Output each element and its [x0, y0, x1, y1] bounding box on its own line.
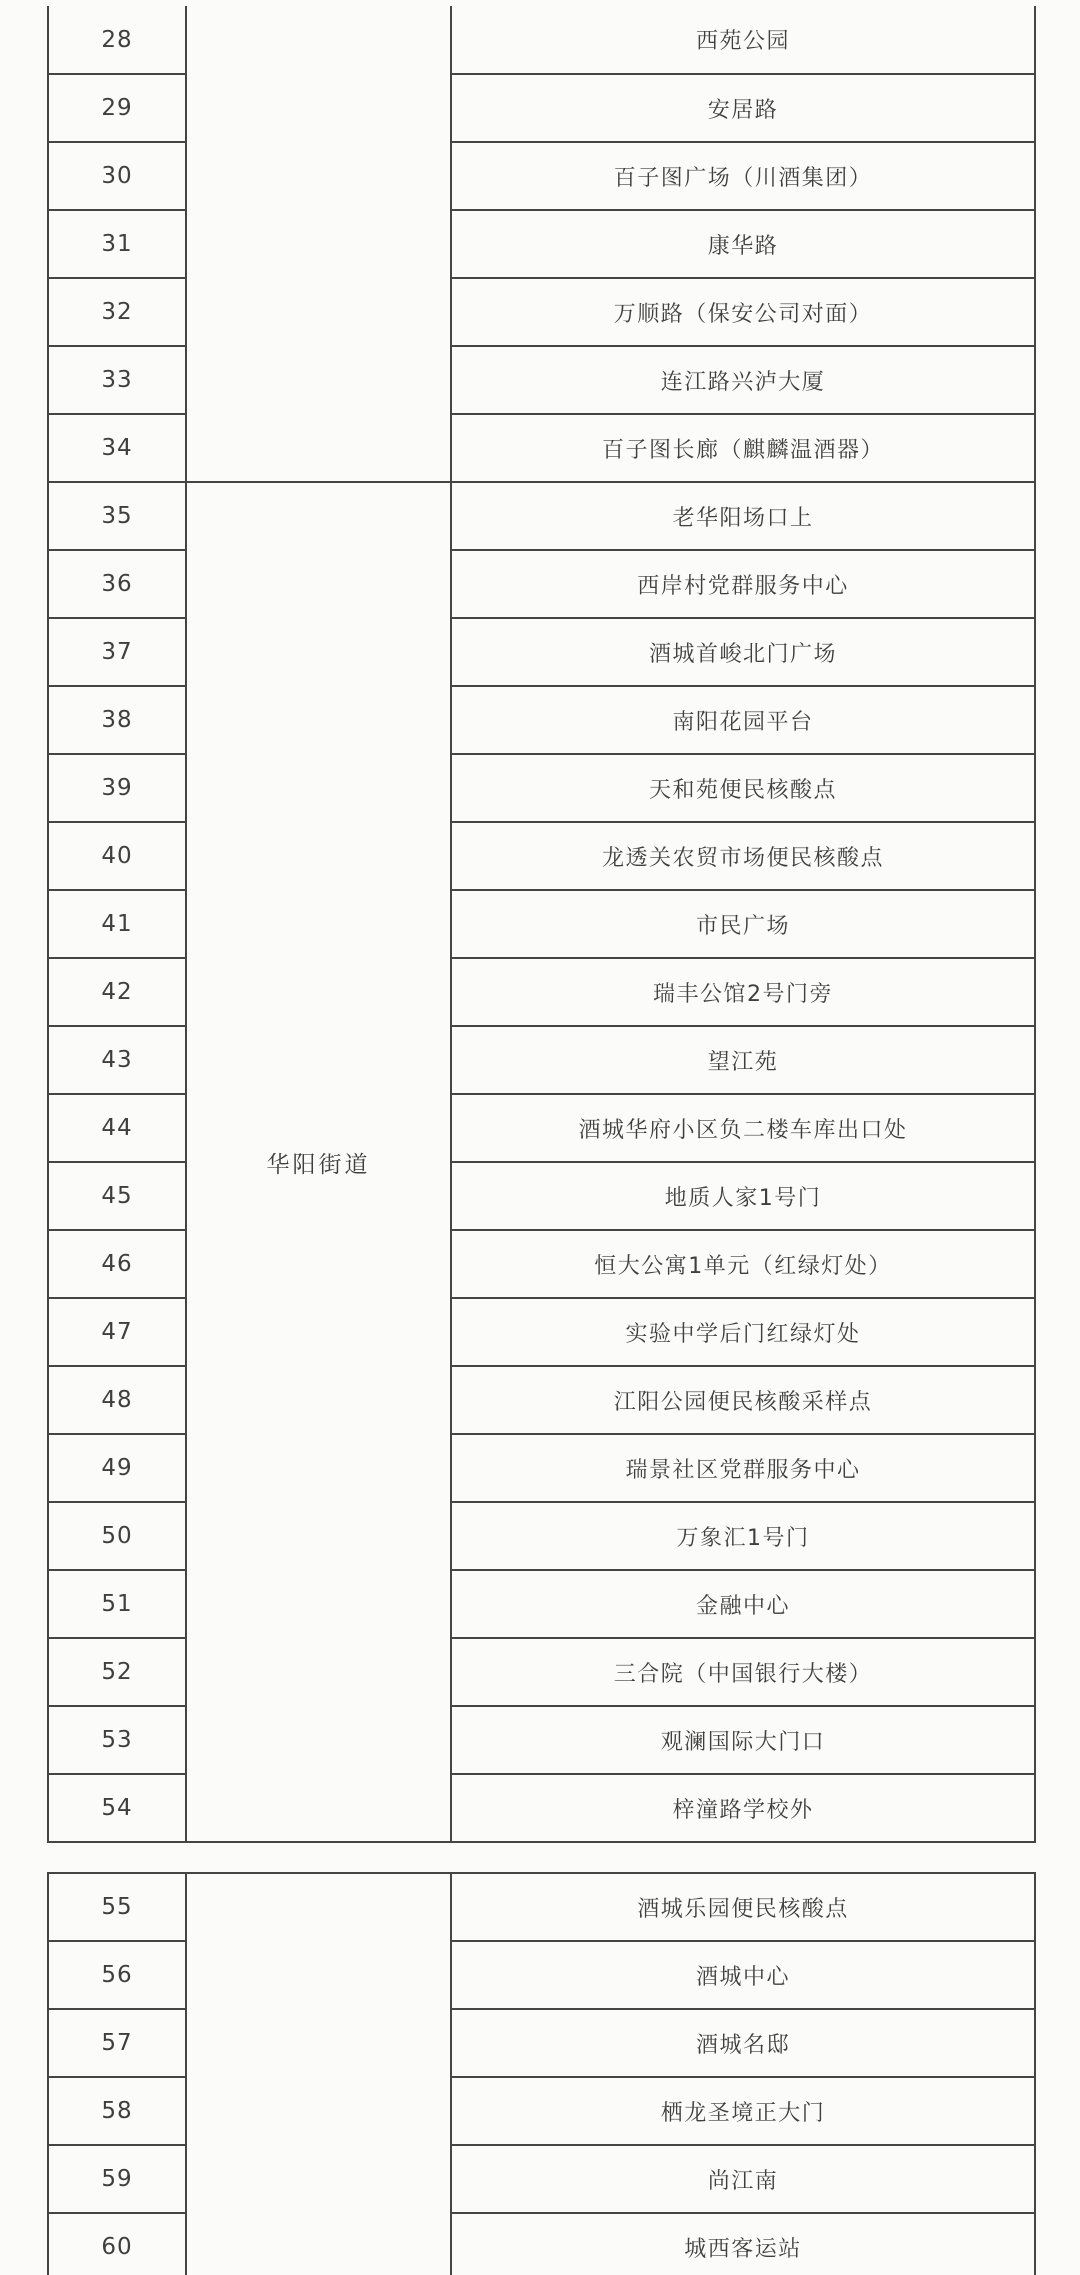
- location-name-cell: 西苑公园: [451, 6, 1035, 74]
- row-number-cell: 30: [48, 142, 186, 210]
- location-name-cell: 康华路: [451, 210, 1035, 278]
- location-name-cell: 龙透关农贸市场便民核酸点: [451, 822, 1035, 890]
- row-number-cell: 60: [48, 2213, 186, 2275]
- row-number-cell: 35: [48, 482, 186, 550]
- row-number-cell: 49: [48, 1434, 186, 1502]
- location-name-cell: 望江苑: [451, 1026, 1035, 1094]
- row-number-cell: 38: [48, 686, 186, 754]
- location-name-cell: 万顺路（保安公司对面）: [451, 278, 1035, 346]
- location-name-cell: 酒城中心: [451, 1941, 1035, 2009]
- location-name-cell: 南阳花园平台: [451, 686, 1035, 754]
- row-number-cell: 42: [48, 958, 186, 1026]
- row-number-cell: 36: [48, 550, 186, 618]
- row-number-cell: 48: [48, 1366, 186, 1434]
- location-name-cell: 百子图广场（川酒集团）: [451, 142, 1035, 210]
- location-name-cell: 百子图长廊（麒麟温酒器）: [451, 414, 1035, 482]
- row-number-cell: 34: [48, 414, 186, 482]
- location-name-cell: 观澜国际大门口: [451, 1706, 1035, 1774]
- row-number-cell: 52: [48, 1638, 186, 1706]
- location-name-cell: 金融中心: [451, 1570, 1035, 1638]
- row-number-cell: 47: [48, 1298, 186, 1366]
- row-number-cell: 45: [48, 1162, 186, 1230]
- row-number-cell: 37: [48, 618, 186, 686]
- sampling-points-table-lower: 55酒城乐园便民核酸点56酒城中心57酒城名邸58栖龙圣境正大门59尚江南60城…: [47, 1872, 1036, 2275]
- row-number-cell: 29: [48, 74, 186, 142]
- row-number-cell: 50: [48, 1502, 186, 1570]
- row-number-cell: 59: [48, 2145, 186, 2213]
- row-number-cell: 55: [48, 1873, 186, 1941]
- row-number-cell: 32: [48, 278, 186, 346]
- location-name-cell: 城西客运站: [451, 2213, 1035, 2275]
- location-name-cell: 天和苑便民核酸点: [451, 754, 1035, 822]
- location-name-cell: 市民广场: [451, 890, 1035, 958]
- location-name-cell: 酒城乐园便民核酸点: [451, 1873, 1035, 1941]
- row-number-cell: 40: [48, 822, 186, 890]
- table-row: 55酒城乐园便民核酸点: [48, 1873, 1035, 1941]
- document-page: { "page": { "background": "#fbfbf9", "bo…: [0, 0, 1080, 2275]
- sampling-points-table-upper: 28西苑公园29安居路30百子图广场（川酒集团）31康华路32万顺路（保安公司对…: [47, 6, 1036, 1843]
- location-name-cell: 地质人家1号门: [451, 1162, 1035, 1230]
- row-number-cell: 39: [48, 754, 186, 822]
- row-number-cell: 44: [48, 1094, 186, 1162]
- row-number-cell: 54: [48, 1774, 186, 1842]
- table-row: 35华阳街道老华阳场口上: [48, 482, 1035, 550]
- row-number-cell: 46: [48, 1230, 186, 1298]
- location-name-cell: 恒大公寓1单元（红绿灯处）: [451, 1230, 1035, 1298]
- street-name-cell: [186, 6, 451, 482]
- location-name-cell: 万象汇1号门: [451, 1502, 1035, 1570]
- location-name-cell: 三合院（中国银行大楼）: [451, 1638, 1035, 1706]
- location-name-cell: 江阳公园便民核酸采样点: [451, 1366, 1035, 1434]
- location-name-cell: 尚江南: [451, 2145, 1035, 2213]
- row-number-cell: 43: [48, 1026, 186, 1094]
- row-number-cell: 58: [48, 2077, 186, 2145]
- location-name-cell: 酒城华府小区负二楼车库出口处: [451, 1094, 1035, 1162]
- row-number-cell: 41: [48, 890, 186, 958]
- location-name-cell: 老华阳场口上: [451, 482, 1035, 550]
- location-name-cell: 酒城首峻北门广场: [451, 618, 1035, 686]
- row-number-cell: 53: [48, 1706, 186, 1774]
- location-name-cell: 瑞景社区党群服务中心: [451, 1434, 1035, 1502]
- location-name-cell: 栖龙圣境正大门: [451, 2077, 1035, 2145]
- street-name-cell: 华阳街道: [186, 482, 451, 1842]
- location-name-cell: 西岸村党群服务中心: [451, 550, 1035, 618]
- location-name-cell: 实验中学后门红绿灯处: [451, 1298, 1035, 1366]
- location-name-cell: 安居路: [451, 74, 1035, 142]
- row-number-cell: 57: [48, 2009, 186, 2077]
- location-name-cell: 酒城名邸: [451, 2009, 1035, 2077]
- location-name-cell: 瑞丰公馆2号门旁: [451, 958, 1035, 1026]
- location-name-cell: 梓潼路学校外: [451, 1774, 1035, 1842]
- row-number-cell: 31: [48, 210, 186, 278]
- table-row: 28西苑公园: [48, 6, 1035, 74]
- row-number-cell: 56: [48, 1941, 186, 2009]
- location-name-cell: 连江路兴泸大厦: [451, 346, 1035, 414]
- row-number-cell: 33: [48, 346, 186, 414]
- row-number-cell: 51: [48, 1570, 186, 1638]
- row-number-cell: 28: [48, 6, 186, 74]
- street-name-cell: [186, 1873, 451, 2275]
